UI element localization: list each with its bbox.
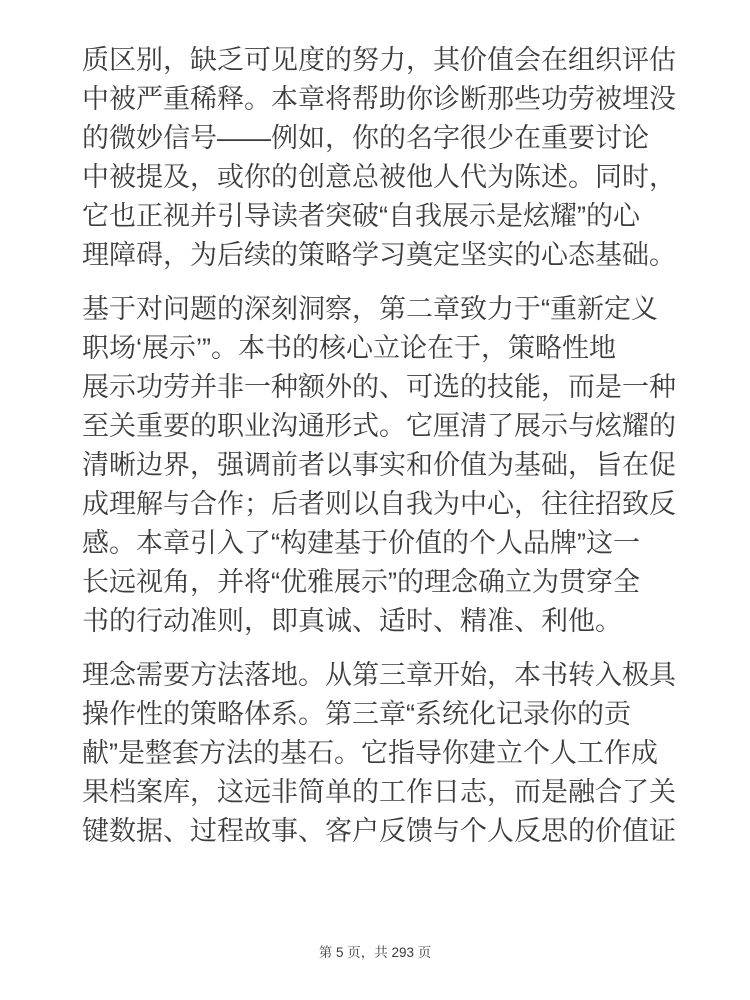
paragraph: 理念需要方法落地。从第三章开始，本书转入极具操作性的策略体系。第三章“系统化记录… <box>82 656 692 851</box>
paragraph: 基于对问题的深刻洞察，第二章致力于“重新定义职场‘展示’”。本书的核心立论在于，… <box>82 290 692 641</box>
text-line: 操作性的策略体系。第三章“系统化记录你的贡 <box>82 695 692 734</box>
text-line: 中被提及，或你的创意总被他人代为陈述。同时， <box>82 158 692 197</box>
text-line: 长远视角，并将“优雅展示”的理念确立为贯穿全 <box>82 563 692 602</box>
text-line: 清晰边界，强调前者以事实和价值为基础，旨在促 <box>82 446 692 485</box>
text-line: 成理解与合作；后者则以自我为中心，往往招致反 <box>82 485 692 524</box>
text-line: 果档案库，这远非简单的工作日志，而是融合了关 <box>82 773 692 812</box>
text-line: 感。本章引入了“构建基于价值的个人品牌”这一 <box>82 524 692 563</box>
text-line: 职场‘展示’”。本书的核心立论在于，策略性地 <box>82 329 692 368</box>
text-line: 键数据、过程故事、客户反馈与个人反思的价值证 <box>82 812 692 851</box>
text-line: 至关重要的职业沟通形式。它厘清了展示与炫耀的 <box>82 407 692 446</box>
text-line: 它也正视并引导读者突破“自我展示是炫耀”的心 <box>82 197 692 236</box>
document-page: 质区别，缺乏可见度的努力，其价值会在组织评估中被严重稀释。本章将帮助你诊断那些功… <box>0 0 750 1000</box>
text-line: 中被严重稀释。本章将帮助你诊断那些功劳被埋没 <box>82 80 692 119</box>
text-line: 献”是整套方法的基石。它指导你建立个人工作成 <box>82 734 692 773</box>
text-line: 质区别，缺乏可见度的努力，其价值会在组织评估 <box>82 41 692 80</box>
text-line: 书的行动准则，即真诚、适时、精准、利他。 <box>82 602 692 641</box>
text-line: 理念需要方法落地。从第三章开始，本书转入极具 <box>82 656 692 695</box>
text-line: 理障碍，为后续的策略学习奠定坚实的心态基础。 <box>82 236 692 275</box>
text-content: 质区别，缺乏可见度的努力，其价值会在组织评估中被严重稀释。本章将帮助你诊断那些功… <box>82 41 692 866</box>
text-line: 基于对问题的深刻洞察，第二章致力于“重新定义 <box>82 290 692 329</box>
text-line: 的微妙信号——例如，你的名字很少在重要讨论 <box>82 119 692 158</box>
page-number-indicator: 第 5 页，共 293 页 <box>0 944 750 962</box>
text-line: 展示功劳并非一种额外的、可选的技能，而是一种 <box>82 368 692 407</box>
paragraph: 质区别，缺乏可见度的努力，其价值会在组织评估中被严重稀释。本章将帮助你诊断那些功… <box>82 41 692 275</box>
